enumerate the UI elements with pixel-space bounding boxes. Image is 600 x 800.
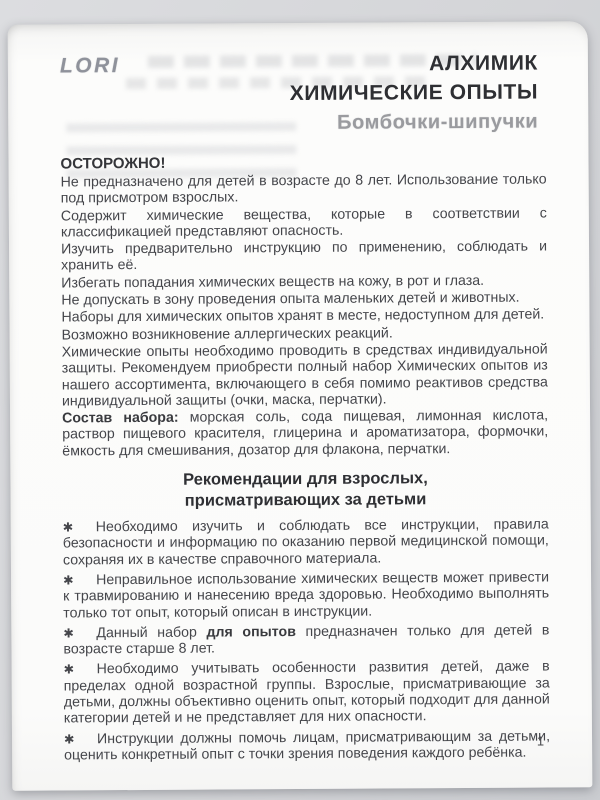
caution-paragraph: Наборы для химических опытов хранят в ме… [61,307,547,326]
lori-brand-logo: LORI [60,54,120,78]
caution-heading: ОСТОРОЖНО! [60,152,546,172]
recommendation-item: ✱Данный набор для опытов предназначен то… [63,622,549,658]
recommendation-text: Необходимо изучить и соблюдать все инстр… [63,517,549,569]
asterisk-bullet-icon: ✱ [63,519,96,535]
product-title-line1: АЛХИМИК [289,49,538,80]
recommendation-item: ✱Необходимо изучить и соблюдать все инст… [63,517,549,569]
asterisk-bullet-icon: ✱ [63,572,96,588]
scanned-instruction-sheet: LORI АЛХИМИК ХИМИЧЕСКИЕ ОПЫТЫ Бомбочки-ш… [8,21,593,791]
caution-section: ОСТОРОЖНО! Не предназначено для детей в … [60,152,548,459]
page-number: 1 [537,734,544,749]
caution-paragraph: Не предназначено для детей в возрасте до… [61,171,547,207]
asterisk-bullet-icon: ✱ [64,731,97,747]
caution-paragraph: Возможно возникновение аллергических реа… [62,324,548,343]
recommendation-text: Неправильное использование химических ве… [63,569,549,621]
caution-paragraph: Содержит химические вещества, которые в … [61,205,547,241]
caution-paragraph: Избегать попадания химических веществ на… [61,272,547,291]
caution-paragraph: Химические опыты необходимо проводить в … [62,341,548,409]
recommendation-text: Необходимо учитывать особенности развити… [64,659,550,727]
page-header: LORI АЛХИМИК ХИМИЧЕСКИЕ ОПЫТЫ Бомбочки-ш… [60,48,547,140]
recommendations-list: ✱Необходимо изучить и соблюдать все инст… [63,517,550,764]
caution-paragraph: Не допускать в зону проведения опыта мал… [61,290,547,309]
product-title-line2: ХИМИЧЕСКИЕ ОПЫТЫ [290,78,539,109]
recommendation-text-bold: для опытов [206,624,296,641]
recommendation-text: Данный набор [96,624,206,641]
recommendation-text: Инструкции должны помочь лицам, присматр… [64,728,550,763]
kit-contents-label: Состав набора: [62,410,179,427]
caution-paragraph: Изучить предварительно инструкцию по при… [61,239,547,275]
recommendation-item: ✱Неправильное использование химических в… [63,569,549,621]
kit-contents-paragraph: Состав набора: морская соль, сода пищева… [62,408,548,460]
asterisk-bullet-icon: ✱ [64,662,97,678]
page-content: LORI АЛХИМИК ХИМИЧЕСКИЕ ОПЫТЫ Бомбочки-ш… [8,21,593,791]
recommendations-heading-line2: присматривающих за детьми [185,490,427,509]
recommendation-item: ✱Необходимо учитывать особенности развит… [64,659,550,727]
recommendation-item: ✱Инструкции должны помочь лицам, присмат… [64,728,550,764]
asterisk-bullet-icon: ✱ [63,625,96,641]
recommendations-heading: Рекомендации для взрослых, присматривающ… [62,468,548,513]
recommendations-heading-line1: Рекомендации для взрослых, [183,469,428,488]
product-subtitle: Бомбочки-шипучки [290,107,539,140]
product-title-block: АЛХИМИК ХИМИЧЕСКИЕ ОПЫТЫ Бомбочки-шипучк… [289,48,546,139]
